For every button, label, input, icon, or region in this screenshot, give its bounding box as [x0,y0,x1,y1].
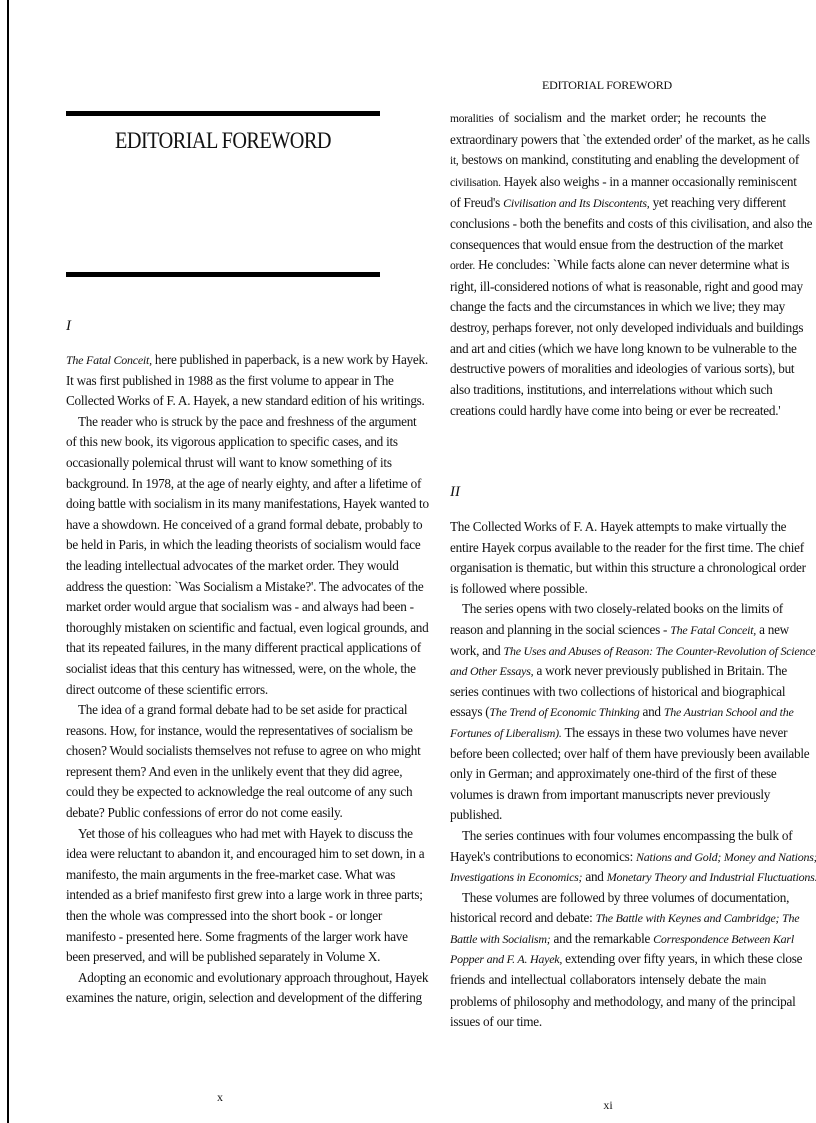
text-line: and art and cities (which we have long k… [450,339,766,360]
text-line: Adopting an economic and evolutionary ap… [66,968,382,989]
text-line: Yet those of his colleagues who had met … [66,824,382,845]
text-line: Collected Works of F. A. Hayek, a new st… [66,391,382,412]
text-run: could they be expected to acknowledge th… [66,784,412,799]
title-rule-bottom [66,272,380,277]
text-line: only in German; and approximately one-th… [450,764,766,785]
italic-title-text: Battle with Socialism; [450,932,551,946]
italic-title-text: Correspondence Between Karl [653,932,794,946]
text-line: civilisation. Hayek also weighs - in a m… [450,172,766,194]
text-line: issues of our time. [450,1012,766,1033]
text-run: yet reaching very different [650,195,786,210]
text-run: debate? Public confessions of error do n… [66,805,343,820]
text-run: be held in Paris, in which the leading t… [66,537,420,552]
text-line: debate? Public confessions of error do n… [66,803,382,824]
text-run: and the remarkable [551,931,654,946]
text-line: doing battle with socialism in its many … [66,494,382,515]
text-line: The idea of a grand formal debate had to… [66,700,382,721]
text-line: examines the nature, origin, selection a… [66,988,382,1009]
text-line: been preserved, and will be published se… [66,947,382,968]
text-line: change the facts and the circumstances i… [450,297,766,318]
text-run: change the facts and the circumstances i… [450,299,785,314]
body-text-right-top: moralities of socialism and the market o… [450,108,766,422]
text-line: It was first published in 1988 as the fi… [66,371,382,392]
text-run: bestows on mankind, constituting and ena… [459,152,799,167]
text-line: published. [450,805,766,826]
text-run: The Collected Works of F. A. Hayek attem… [450,519,786,534]
text-run: consequences that would ensue from the d… [450,237,783,252]
text-line: could they be expected to acknowledge th… [66,782,382,803]
text-run: The series opens with two closely-relate… [462,601,783,616]
text-line: manifesto, the main arguments in the fre… [66,865,382,886]
text-line: background. In 1978, at the age of nearl… [66,474,382,495]
text-line: Investigations in Economics; and Monetar… [450,867,766,888]
text-run: problems of philosophy and methodology, … [450,994,796,1009]
text-line: consequences that would ensue from the d… [450,235,766,256]
text-line: work, and The Uses and Abuses of Reason:… [450,641,766,662]
text-run: is followed where possible. [450,581,588,596]
text-run: and [639,704,663,719]
text-line: address the question: `Was Socialism a M… [66,577,382,598]
text-line: also traditions, institutions, and inter… [450,380,766,402]
text-line: the leading intellectual advocates of th… [66,556,382,577]
text-line: The reader who is struck by the pace and… [66,412,382,433]
text-run: entire Hayek corpus available to the rea… [450,540,804,555]
text-line: These volumes are followed by three volu… [450,888,766,909]
text-line: reasons. How, for instance, would the re… [66,721,382,742]
body-text-left: The Fatal Conceit, here published in pap… [66,350,382,1009]
text-run: Collected Works of F. A. Hayek, a new st… [66,393,425,408]
text-line: organisation is thematic, but within thi… [450,558,766,579]
text-run: work, and [450,643,504,658]
text-run: examines the nature, origin, selection a… [66,990,422,1005]
text-run: conclusions - both the benefits and cost… [450,216,812,231]
text-line: manifesto - presented here. Some fragmen… [66,927,382,948]
text-line: Fortunes of Liberalism). The essays in t… [450,723,766,744]
text-run: market order would argue that socialism … [66,599,414,614]
text-run: occasionally polemical thrust will want … [66,455,392,470]
text-run: intended as a brief manifesto first grew… [66,887,423,902]
text-line: occasionally polemical thrust will want … [66,453,382,474]
text-run: idea were reluctant to abandon it, and e… [66,846,424,861]
text-run: It was first published in 1988 as the fi… [66,373,394,388]
text-run: of socialism and the market order; he re… [494,110,767,125]
text-run: and [582,869,606,884]
text-line: chosen? Would socialists themselves not … [66,741,382,762]
text-run: background. In 1978, at the age of nearl… [66,476,421,491]
text-line: idea were reluctant to abandon it, and e… [66,844,382,865]
text-run: Yet those of his colleagues who had met … [78,826,413,841]
text-run: main [744,975,766,987]
text-line: volumes is drawn from important manuscri… [450,785,766,806]
text-run: He concludes: `While facts alone can nev… [475,257,789,272]
text-run: Hayek's contributions to economics: [450,849,636,864]
text-line: essays (The Trend of Economic Thinking a… [450,702,766,723]
text-line: moralities of socialism and the market o… [450,108,766,130]
text-line: reason and planning in the social scienc… [450,620,766,641]
text-line: creations could hardly have come into be… [450,401,766,422]
page-number-left: x [200,1090,240,1105]
text-run: of this new book, its vigorous applicati… [66,434,398,449]
italic-title-text: The Fatal Conceit, [66,353,152,367]
text-line: friends and intellectual collaborators i… [450,970,766,992]
italic-title-text: The Battle with Keynes and Cambridge; Th… [596,911,800,925]
text-run: chosen? Would socialists themselves not … [66,743,421,758]
text-line: Popper and F. A. Hayek, extending over f… [450,949,766,970]
text-run: destroy, perhaps forever, not only devel… [450,320,803,335]
text-run: Hayek also weighs - in a manner occasion… [501,174,797,189]
page-number-right: xi [588,1098,628,1113]
text-run: address the question: `Was Socialism a M… [66,579,423,594]
text-run: historical record and debate: [450,910,596,925]
text-line: of Freud's Civilisation and Its Disconte… [450,193,766,214]
text-run: of Freud's [450,195,503,210]
text-run: here published in paperback, is a new wo… [152,352,428,367]
text-run: the leading intellectual advocates of th… [66,558,399,573]
text-run: published. [450,807,502,822]
text-line: socialist ideas that this century has wi… [66,659,382,680]
text-line: direct outcome of these scientific error… [66,680,382,701]
text-run: The series continues with four volumes e… [462,828,792,843]
text-line: then the whole was compressed into the s… [66,906,382,927]
text-run: moralities [450,113,494,125]
text-line: destructive powers of moralities and ide… [450,359,766,380]
text-line: represent them? And even in the unlikely… [66,762,382,783]
text-line: series continues with two collections of… [450,682,766,703]
italic-title-text: The Fatal Conceit, [670,623,756,637]
body-text-right-bottom: The Collected Works of F. A. Hayek attem… [450,517,766,1033]
section-number-2: II [450,484,460,501]
text-run: extraordinary powers that `the extended … [450,132,810,147]
text-run: civilisation. [450,177,501,189]
text-run: manifesto - presented here. Some fragmen… [66,929,408,944]
text-run: a work never previously published in Bri… [533,663,787,678]
text-line: is followed where possible. [450,579,766,600]
text-run: destructive powers of moralities and ide… [450,361,794,376]
text-run: then the whole was compressed into the s… [66,908,382,923]
text-run: These volumes are followed by three volu… [462,890,789,905]
text-line: Battle with Socialism; and the remarkabl… [450,929,766,950]
text-run: also traditions, institutions, and inter… [450,382,679,397]
text-run: friends and intellectual collaborators i… [450,972,744,987]
text-run: direct outcome of these scientific error… [66,682,268,697]
italic-title-text: The Austrian School and the [664,705,794,719]
running-head: EDITORIAL FOREWORD [448,78,766,93]
italic-title-text: and Other Essays, [450,664,533,678]
text-line: historical record and debate: The Battle… [450,908,766,929]
text-run: organisation is thematic, but within thi… [450,560,806,575]
text-line: entire Hayek corpus available to the rea… [450,538,766,559]
text-run: which such [712,382,772,397]
text-line: that its repeated failures, in the many … [66,638,382,659]
text-line: it, bestows on mankind, constituting and… [450,150,766,172]
italic-title-text: Nations and Gold; Money and Nations; [636,850,816,864]
text-line: right, ill-considered notions of what is… [450,277,766,298]
text-run: represent them? And even in the unlikely… [66,764,402,779]
text-line: of this new book, its vigorous applicati… [66,432,382,453]
text-line: before been collected; over half of them… [450,744,766,765]
text-run: it, [450,155,459,167]
text-run: reasons. How, for instance, would the re… [66,723,413,738]
text-run: reason and planning in the social scienc… [450,622,670,637]
text-run: creations could hardly have come into be… [450,403,780,418]
text-run: and art and cities (which we have long k… [450,341,797,356]
text-line: problems of philosophy and methodology, … [450,992,766,1013]
text-run: order. [450,260,475,272]
text-run: before been collected; over half of them… [450,746,809,761]
text-line: order. He concludes: `While facts alone … [450,255,766,277]
text-line: have a showdown. He conceived of a grand… [66,515,382,536]
text-line: extraordinary powers that `the extended … [450,130,766,151]
title-rule-top [66,111,380,116]
text-run: have a showdown. He conceived of a grand… [66,517,422,532]
italic-title-text: Monetary Theory and Industrial Fluctuati… [607,870,816,884]
text-run: been preserved, and will be published se… [66,949,380,964]
text-line: market order would argue that socialism … [66,597,382,618]
text-line: The Fatal Conceit, here published in pap… [66,350,382,371]
text-run: The idea of a grand formal debate had to… [78,702,407,717]
text-run: that its repeated failures, in the many … [66,640,421,655]
text-run: Adopting an economic and evolutionary ap… [78,970,428,985]
text-run: series continues with two collections of… [450,684,785,699]
italic-title-text: Civilisation and Its Discontents, [503,196,649,210]
text-run: The essays in these two volumes have nev… [562,725,788,740]
text-line: conclusions - both the benefits and cost… [450,214,766,235]
text-run: socialist ideas that this century has wi… [66,661,416,676]
text-run: without [679,385,712,397]
text-run: a new [756,622,789,637]
text-line: destroy, perhaps forever, not only devel… [450,318,766,339]
text-run: manifesto, the main arguments in the fre… [66,867,395,882]
text-run: right, ill-considered notions of what is… [450,279,803,294]
italic-title-text: Investigations in Economics; [450,870,582,884]
text-run: essays ( [450,704,489,719]
text-line: The series continues with four volumes e… [450,826,766,847]
text-line: Hayek's contributions to economics: Nati… [450,847,766,868]
text-run: extending over fifty years, in which the… [562,951,802,966]
section-number-1: I [66,318,71,335]
italic-title-text: The Trend of Economic Thinking [489,705,639,719]
text-line: be held in Paris, in which the leading t… [66,535,382,556]
text-line: The series opens with two closely-relate… [450,599,766,620]
text-line: and Other Essays, a work never previousl… [450,661,766,682]
text-line: intended as a brief manifesto first grew… [66,885,382,906]
text-run: doing battle with socialism in its many … [66,496,429,511]
page-edge-divider [7,0,9,1123]
italic-title-text: Fortunes of Liberalism). [450,726,562,740]
text-run: volumes is drawn from important manuscri… [450,787,770,802]
text-line: The Collected Works of F. A. Hayek attem… [450,517,766,538]
italic-title-text: Popper and F. A. Hayek, [450,952,562,966]
italic-title-text: The Uses and Abuses of Reason: The Count… [504,644,816,658]
text-run: The reader who is struck by the pace and… [78,414,416,429]
text-run: issues of our time. [450,1014,542,1029]
text-run: thoroughly mistaken on scientific and fa… [66,620,429,635]
chapter-title: EDITORIAL FOREWORD [85,128,361,154]
text-run: only in German; and approximately one-th… [450,766,777,781]
text-line: thoroughly mistaken on scientific and fa… [66,618,382,639]
